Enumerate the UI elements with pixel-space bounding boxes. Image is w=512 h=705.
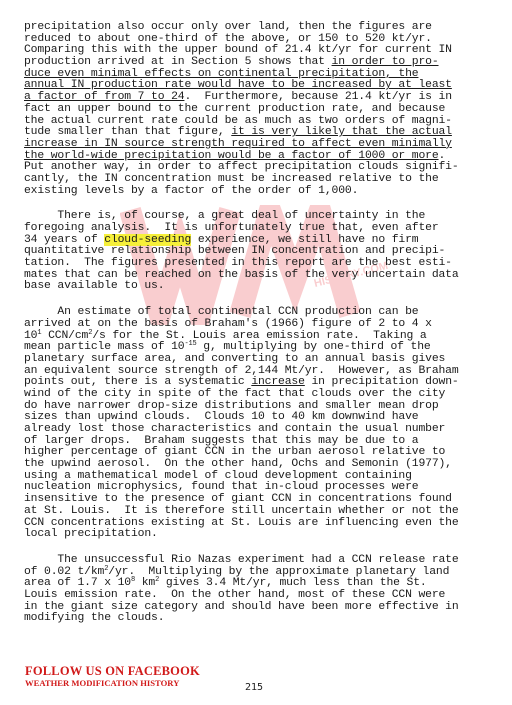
text-run: higher percentage of giant CCN in the ur… xyxy=(24,446,445,458)
text-run: cantly, the IN concentration must be inc… xyxy=(24,173,439,185)
text-run: an equivalent source strength of 2,144 M… xyxy=(24,365,459,377)
text-run: tation. The figures presented in this re… xyxy=(24,257,452,269)
facebook-promo-title[interactable]: FOLLOW US ON FACEBOOK xyxy=(25,665,200,678)
text-run: nucleation microphysics, found that in-c… xyxy=(24,481,418,493)
underlined-text: a factor of from 7 to 24 xyxy=(24,91,184,103)
text-run: the actual current rate could be as much… xyxy=(24,115,452,127)
underlined-text: increase xyxy=(251,376,304,388)
text-run: base available to us. xyxy=(24,280,164,292)
underlined-text: duce even minimal effects on continental… xyxy=(24,68,418,80)
paragraph: precipitation also occur only over land,… xyxy=(24,22,494,197)
document-page: precipitation also occur only over land,… xyxy=(24,22,494,625)
text-run: area of 1.7 x 10 xyxy=(24,577,131,589)
text-run: Comparing this with the upper bound of 2… xyxy=(24,44,452,56)
page-number: 215 xyxy=(245,682,263,693)
text-run: already lost those characteristics and c… xyxy=(24,423,445,435)
facebook-promo[interactable]: FOLLOW US ON FACEBOOK WEATHER MODIFICATI… xyxy=(25,665,200,687)
text-run: local precipitation. xyxy=(24,528,158,540)
text-run: /yr. Multiplying by the approximate plan… xyxy=(108,566,449,578)
paragraph: There is, of course, a great deal of unc… xyxy=(24,211,494,293)
text-run: planetary surface area, and converting t… xyxy=(24,353,445,365)
text-run: in the giant size category and should ha… xyxy=(24,601,459,613)
text-run: Louis emission rate. On the other hand, … xyxy=(24,589,445,601)
text-run: using a mathematical model of cloud deve… xyxy=(24,470,412,482)
text-run: CCN concentrations existing at St. Louis… xyxy=(24,517,459,529)
underlined-text: annual IN production rate would have to … xyxy=(24,79,452,91)
text-run: experience, we still have no firm xyxy=(191,234,418,246)
text-line: modifying the clouds. xyxy=(24,613,494,625)
text-run: the upwind aerosol. On the other hand, O… xyxy=(24,458,452,470)
text-line: local precipitation. xyxy=(24,529,494,541)
text-run: /s for the St. Louis area emission rate.… xyxy=(92,330,426,342)
underlined-text: in order to pro- xyxy=(332,56,439,68)
text-run: modifying the clouds. xyxy=(24,612,164,624)
text-run: Put another way, in order to affect prec… xyxy=(24,161,459,173)
underlined-text: increase in IN source strength required … xyxy=(24,138,452,150)
text-line: base available to us. xyxy=(24,281,494,293)
text-run: do have narrower drop-size distributions… xyxy=(24,400,439,412)
text-run: 34 years of xyxy=(24,234,104,246)
paragraph: An estimate of total continental CCN pro… xyxy=(24,307,494,541)
text-run: CCN/cm xyxy=(41,330,88,342)
text-run: quantitative relationship between IN con… xyxy=(24,245,445,257)
text-run: g, multiplying by one-third of the xyxy=(197,341,431,353)
text-run: The unsuccessful Rio Nazas experiment ha… xyxy=(24,554,459,566)
text-run: foregoing analysis. It is unfortunately … xyxy=(24,222,439,234)
text-run: production arrived at in Section 5 shows… xyxy=(24,56,332,68)
text-run: There is, of course, a great deal of unc… xyxy=(24,210,425,222)
underlined-text: the world-wide precipitation would be a … xyxy=(24,150,439,162)
text-run: . xyxy=(439,150,446,162)
text-run: mates that can be reached on the basis o… xyxy=(24,269,459,281)
text-run: of 0.02 t/km xyxy=(24,566,104,578)
text-run: insensitive to the presence of giant CCN… xyxy=(24,493,452,505)
text-run: in precipitation down- xyxy=(305,376,459,388)
text-run: . Furthermore, because 21.4 kt/yr is in xyxy=(184,91,451,103)
text-run: precipitation also occur only over land,… xyxy=(24,21,432,33)
text-run: points out, there is a systematic xyxy=(24,376,251,388)
facebook-promo-subtitle[interactable]: WEATHER MODIFICATION HISTORY xyxy=(25,679,200,688)
text-run: gives 3.4 Mt/yr, much less than the St. xyxy=(159,577,426,589)
text-run: km xyxy=(135,577,155,589)
text-run: arrived at on the basis of Braham's (196… xyxy=(24,318,432,330)
text-run: reduced to about one-third of the above,… xyxy=(24,33,432,45)
text-run: 10 xyxy=(24,330,37,342)
text-line: existing levels by a factor of the order… xyxy=(24,186,494,198)
text-run: fact an upper bound to the current produ… xyxy=(24,103,445,115)
text-run: at St. Louis. It is therefore still unce… xyxy=(24,505,459,517)
text-run: tude smaller than that figure, xyxy=(24,126,231,138)
text-run: wind of the city in spite of the fact th… xyxy=(24,388,445,400)
text-run: of larger drops. Braham suggests that th… xyxy=(24,435,418,447)
text-run: existing levels by a factor of the order… xyxy=(24,185,358,197)
text-run: An estimate of total continental CCN pro… xyxy=(24,306,418,318)
underlined-text: it is very likely that the actual xyxy=(231,126,452,138)
highlighted-term: cloud-seeding xyxy=(104,234,191,246)
text-run: sizes than upwind clouds. Clouds 10 to 4… xyxy=(24,411,418,423)
paragraph: The unsuccessful Rio Nazas experiment ha… xyxy=(24,555,494,625)
text-run: mean particle mass of 10 xyxy=(24,341,184,353)
superscript: -15 xyxy=(184,340,196,348)
